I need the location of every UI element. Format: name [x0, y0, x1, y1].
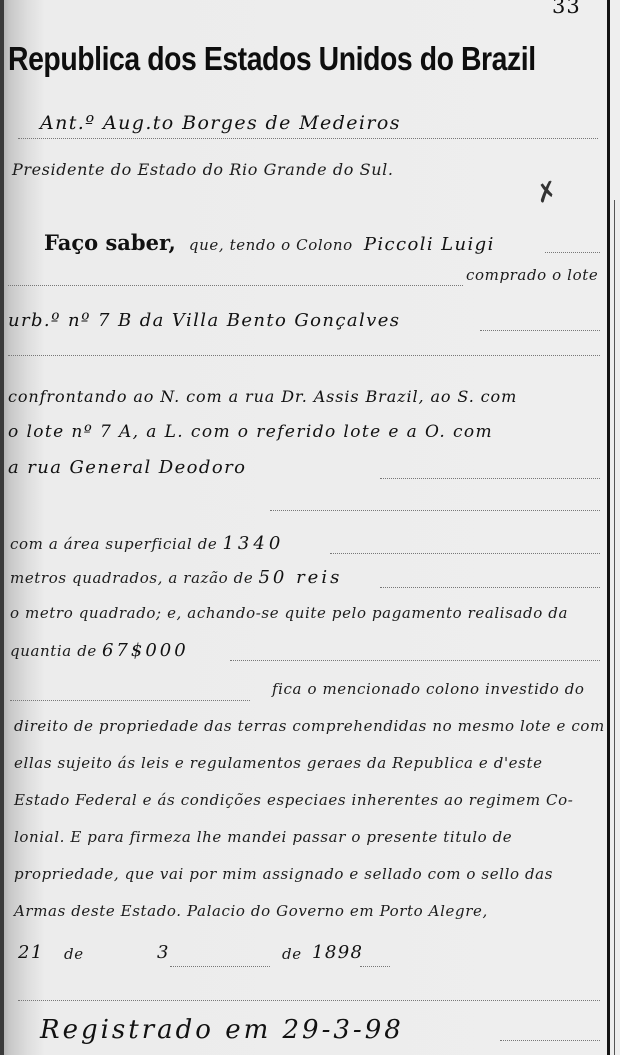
document-title: Republica dos Estados Unidos do Brazil — [8, 40, 521, 78]
date-month: 3 — [157, 942, 170, 972]
dotted-line — [10, 700, 250, 701]
area-label: com a área superficial de — [10, 535, 217, 553]
metros-label: metros quadrados, a razão de — [10, 569, 253, 587]
area-value: 1340 — [222, 533, 284, 554]
intro-printed-text: que, tendo o Colono — [189, 236, 353, 254]
date-de-1: de — [64, 945, 84, 975]
registration-note: Registrado em 29-3-98 — [40, 1015, 404, 1045]
intro-line: Faço saber, que, tendo o Colono Piccoli … — [44, 230, 495, 260]
metro-quadrado-line: o metro quadrado; e, achando-se quite pe… — [10, 604, 568, 634]
body-line-5: lonial. E para firmeza lhe mandei passar… — [14, 828, 512, 858]
page-number: 33 — [552, 0, 581, 18]
dotted-line — [330, 553, 600, 554]
dotted-line — [480, 330, 600, 331]
confrontando-line-3: a rua General Deodoro — [8, 457, 246, 487]
area-line: com a área superficial de 1340 — [10, 533, 284, 563]
president-title: Presidente do Estado do Rio Grande do Su… — [12, 160, 394, 190]
body-line-2: direito de propriedade das terras compre… — [14, 717, 605, 747]
quantia-line: quantia de 67$000 — [10, 640, 189, 670]
body-line-6: propriedade, que vai por mim assignado e… — [14, 865, 553, 895]
dotted-line — [170, 966, 270, 967]
dotted-line — [8, 355, 600, 356]
metros-line: metros quadrados, a razão de 50 reis — [10, 567, 342, 597]
president-name: Ant.º Aug.to Borges de Medeiros — [40, 112, 401, 142]
right-border-rule — [607, 0, 610, 1055]
body-line-1: fica o mencionado colono investido do — [272, 680, 585, 710]
dotted-line — [380, 478, 600, 479]
comprado-label: comprado o lote — [466, 266, 598, 296]
dotted-line — [545, 252, 600, 253]
body-line-3: ellas sujeito ás leis e regulamentos ger… — [14, 754, 543, 784]
quantia-label: quantia de — [10, 642, 97, 660]
document-page: 33 Republica dos Estados Unidos do Brazi… — [0, 0, 620, 1055]
rate-value: 50 reis — [258, 567, 342, 588]
date-year: 1898 — [312, 942, 363, 972]
dotted-line — [8, 285, 463, 286]
dotted-line — [270, 510, 600, 511]
margin-check-mark: ✗ — [532, 176, 561, 211]
date-de-2: de — [282, 945, 302, 975]
colono-name: Piccoli Luigi — [364, 234, 495, 255]
body-line-4: Estado Federal e ás condições especiaes … — [14, 791, 573, 821]
right-border-rule-secondary — [614, 200, 615, 1055]
confrontando-line-1: confrontando ao N. com a rua Dr. Assis B… — [8, 387, 517, 417]
lote-description: urb.º nº 7 B da Villa Bento Gonçalves — [8, 310, 400, 340]
quantia-value: 67$000 — [102, 640, 189, 661]
dotted-line — [500, 1040, 600, 1041]
body-line-7: Armas deste Estado. Palacio do Governo e… — [14, 902, 488, 932]
dotted-line — [360, 966, 390, 967]
intro-bold-text: Faço saber, — [44, 230, 176, 255]
dotted-line — [18, 1000, 600, 1001]
page-binding-edge — [0, 0, 4, 1055]
dotted-line — [380, 587, 600, 588]
confrontando-line-2: o lote nº 7 A, a L. com o referido lote … — [8, 422, 493, 452]
date-day: 21 — [18, 942, 44, 972]
dotted-line — [230, 660, 600, 661]
